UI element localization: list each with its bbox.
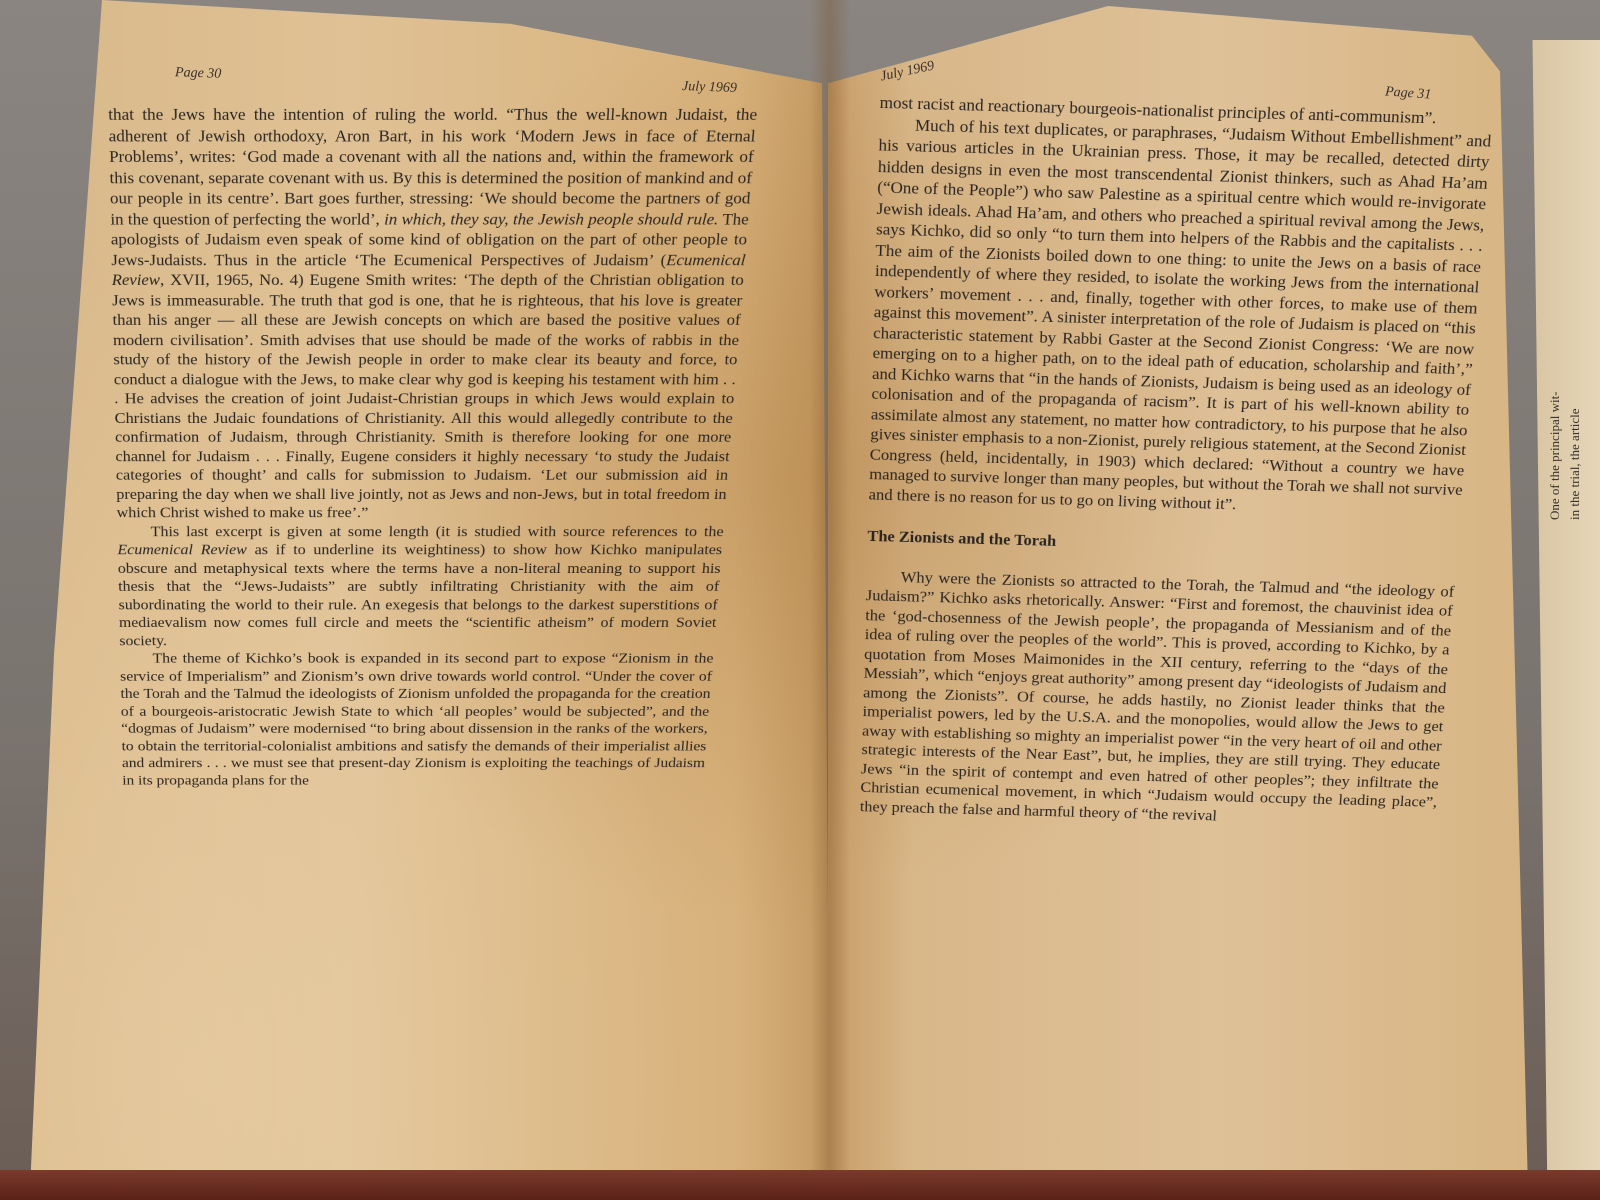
italic-phrase: in which, they say, the Jewish people sh…	[384, 210, 719, 228]
inserted-strip-text: One of the principal wit- in the trial, …	[1545, 320, 1565, 520]
photo-scene: One of the principal wit- in the trial, …	[0, 0, 1600, 1200]
right-page-text: most racist and reactionary bourgeois-na…	[860, 92, 1494, 830]
paragraph: Why were the Zionists so attracted to th…	[860, 566, 1455, 830]
inserted-paper-strip	[1525, 40, 1600, 1200]
book-cover-edge	[0, 1170, 1600, 1200]
paragraph: The theme of Kichko’s book is expanded i…	[120, 649, 715, 788]
right-page-number: Page 31	[1384, 84, 1431, 103]
insert-line: One of the principal wit-	[1545, 320, 1565, 520]
paragraph: This last excerpt is given at some lengt…	[117, 522, 725, 649]
paragraph: Much of his text duplicates, or paraphra…	[868, 113, 1492, 520]
paragraph: that the Jews have the intention of ruli…	[108, 104, 758, 522]
left-page-text: that the Jews have the intention of ruli…	[108, 104, 758, 789]
insert-line: in the trial, the article	[1565, 320, 1585, 520]
journal-title: Ecumenical Review	[117, 541, 247, 557]
section-heading: The Zionists and the Torah	[867, 526, 1458, 561]
left-page-date: July 1969	[682, 79, 737, 97]
left-page-number: Page 30	[175, 65, 222, 83]
